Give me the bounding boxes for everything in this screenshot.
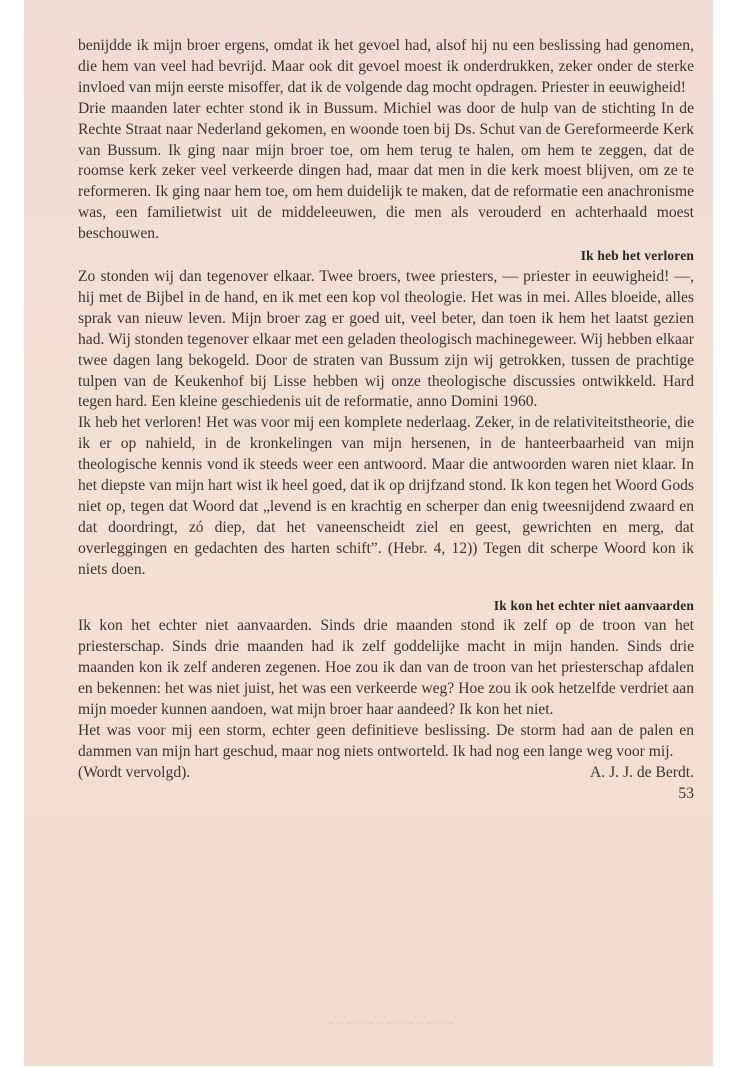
document-page: benijdde ik mijn broer ergens, omdat ik … <box>24 0 713 1066</box>
faint-print-mark <box>327 1022 457 1024</box>
section-heading-ik-heb-het-verloren: Ik heb het verloren <box>78 246 694 267</box>
page-number: 53 <box>78 784 694 805</box>
article-body: benijdde ik mijn broer ergens, omdat ik … <box>78 36 694 805</box>
author-signature: A. J. J. de Berdt. <box>590 763 694 784</box>
paragraph: benijdde ik mijn broer ergens, omdat ik … <box>78 36 694 99</box>
paragraph: Zo stonden wij dan tegenover elkaar. Twe… <box>78 267 694 413</box>
paragraph: Ik heb het verloren! Het was voor mij ee… <box>78 413 694 580</box>
section-heading-niet-aanvaarden: Ik kon het echter niet aanvaarden <box>78 596 694 617</box>
continued-note: (Wordt vervolgd). <box>78 763 190 784</box>
paragraph: Ik kon het echter niet aanvaarden. Sinds… <box>78 616 694 721</box>
closing-row: (Wordt vervolgd). A. J. J. de Berdt. <box>78 763 694 784</box>
paragraph: Drie maanden later echter stond ik in Bu… <box>78 99 694 245</box>
paragraph: Het was voor mij een storm, echter geen … <box>78 721 694 763</box>
